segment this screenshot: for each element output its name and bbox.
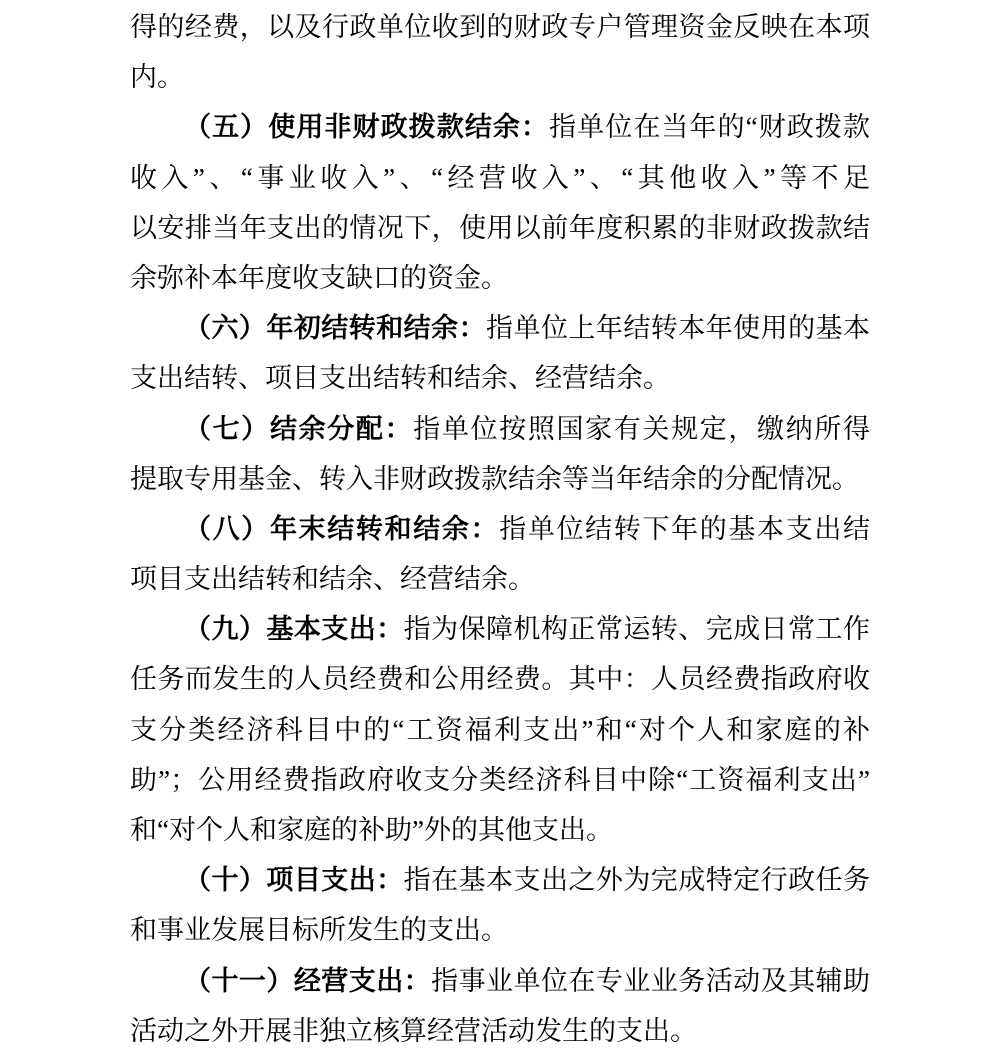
paragraph: （十一）经营支出：指事业单位在专业业务活动及其辅助活动之外开展非独立核算经营活动… [130,956,870,1056]
line-text: 支出结转、项目支出结转和结余、经营结余。 [130,363,670,393]
paragraph: （十）项目支出：指在基本支出之外为完成特定行政任务和事业发展目标所发生的支出。 [130,855,870,955]
text-line: 得的经费，以及行政单位收到的财政专户管理资金反映在本项 [130,2,870,52]
line-text: 项目支出结转和结余、经营结余。 [130,564,535,594]
item-heading: （五）使用非财政拨款结余： [184,112,549,142]
line-text: 指事业单位在专业业务活动及其辅助 [431,966,870,996]
line-text: 指单位上年结转本年使用的基本 [486,313,870,343]
line-text: 任务而发生的人员经费和公用经费。其中：人员经费指政府收 [130,664,870,694]
text-line: （十一）经营支出：指事业单位在专业业务活动及其辅助 [130,956,870,1006]
item-heading: （六）年初结转和结余： [184,313,486,343]
text-line: 助”；公用经费指政府收支分类经济科目中除“工资福利支出” [130,755,870,805]
text-line: 支出结转、项目支出结转和结余、经营结余。 [130,353,870,403]
text-line: 和事业发展目标所发生的支出。 [130,905,870,955]
text-line: 内。 [130,52,870,102]
line-text: 指在基本支出之外为完成特定行政任务 [404,865,870,895]
document-body: 得的经费，以及行政单位收到的财政专户管理资金反映在本项内。（五）使用非财政拨款结… [130,2,870,1056]
item-heading: （八）年末结转和结余： [184,514,499,544]
line-text: 活动之外开展非独立核算经营活动发生的支出。 [130,1016,697,1046]
text-line: 活动之外开展非独立核算经营活动发生的支出。 [130,1006,870,1056]
paragraph: （九）基本支出：指为保障机构正常运转、完成日常工作任务而发生的人员经费和公用经费… [130,604,870,855]
item-heading: （七）结余分配： [184,414,413,444]
paragraph: （五）使用非财政拨款结余：指单位在当年的“财政拨款收入”、“事业收入”、“经营收… [130,102,870,303]
text-line: 余弥补本年度收支缺口的资金。 [130,253,870,303]
paragraph: （六）年初结转和结余：指单位上年结转本年使用的基本支出结转、项目支出结转和结余、… [130,303,870,403]
text-line: （七）结余分配：指单位按照国家有关规定，缴纳所得税、 [130,404,870,454]
line-text: 支分类经济科目中的“工资福利支出”和“对个人和家庭的补 [130,715,870,745]
line-text: 余弥补本年度收支缺口的资金。 [130,263,508,293]
line-text: 和事业发展目标所发生的支出。 [130,915,508,945]
line-text: 指单位在当年的“财政拨款 [549,112,870,142]
item-heading: （十一）经营支出： [184,966,431,996]
line-text: 指为保障机构正常运转、完成日常工作 [404,614,870,644]
text-line: 提取专用基金、转入非财政拨款结余等当年结余的分配情况。 [130,454,870,504]
paragraph: 得的经费，以及行政单位收到的财政专户管理资金反映在本项内。 [130,2,870,102]
line-text: 助”；公用经费指政府收支分类经济科目中除“工资福利支出” [130,765,870,795]
line-text: 以安排当年支出的情况下，使用以前年度积累的非财政拨款结 [130,213,870,243]
text-line: 项目支出结转和结余、经营结余。 [130,554,870,604]
line-text: 收入”、“事业收入”、“经营收入”、“其他收入”等不足 [130,163,870,193]
text-line: （十）项目支出：指在基本支出之外为完成特定行政任务 [130,855,870,905]
text-line: 任务而发生的人员经费和公用经费。其中：人员经费指政府收 [130,654,870,704]
line-text: 得的经费，以及行政单位收到的财政专户管理资金反映在本项 [130,12,870,42]
line-text: 内。 [130,62,184,92]
line-text: 和“对个人和家庭的补助”外的其他支出。 [130,815,613,845]
text-line: （八）年末结转和结余：指单位结转下年的基本支出结转、 [130,504,870,554]
text-line: 和“对个人和家庭的补助”外的其他支出。 [130,805,870,855]
paragraph: （七）结余分配：指单位按照国家有关规定，缴纳所得税、提取专用基金、转入非财政拨款… [130,404,870,504]
text-line: （五）使用非财政拨款结余：指单位在当年的“财政拨款 [130,102,870,152]
document-page: 得的经费，以及行政单位收到的财政专户管理资金反映在本项内。（五）使用非财政拨款结… [0,0,1000,1056]
paragraph: （八）年末结转和结余：指单位结转下年的基本支出结转、项目支出结转和结余、经营结余… [130,504,870,604]
item-heading: （九）基本支出： [184,614,404,644]
line-text: 提取专用基金、转入非财政拨款结余等当年结余的分配情况。 [130,464,859,494]
text-line: （六）年初结转和结余：指单位上年结转本年使用的基本 [130,303,870,353]
text-line: 支分类经济科目中的“工资福利支出”和“对个人和家庭的补 [130,705,870,755]
text-line: （九）基本支出：指为保障机构正常运转、完成日常工作 [130,604,870,654]
text-line: 以安排当年支出的情况下，使用以前年度积累的非财政拨款结 [130,203,870,253]
item-heading: （十）项目支出： [184,865,404,895]
text-line: 收入”、“事业收入”、“经营收入”、“其他收入”等不足 [130,153,870,203]
